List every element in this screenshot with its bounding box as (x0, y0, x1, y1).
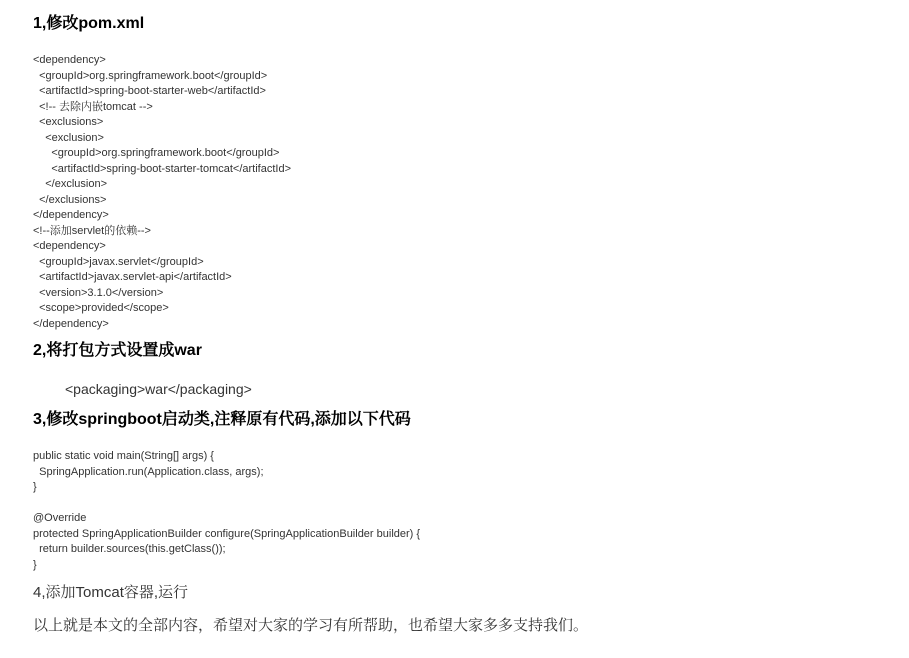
step-4-text: 4,添加Tomcat容器,运行 (33, 584, 869, 601)
packaging-code-line: <packaging>war</packaging> (65, 381, 869, 397)
article-body: 1,修改pom.xml <dependency> <groupId>org.sp… (0, 0, 909, 634)
closing-paragraph: 以上就是本文的全部内容，希望对大家的学习有所帮助，也希望大家多多支持我们。 (33, 617, 869, 634)
java-code-block: public static void main(String[] args) {… (33, 449, 869, 573)
section-3-heading: 3,修改springboot启动类,注释原有代码,添加以下代码 (33, 411, 869, 429)
pom-xml-code-block: <dependency> <groupId>org.springframewor… (33, 53, 869, 332)
section-2-heading: 2,将打包方式设置成war (33, 342, 869, 360)
section-1-heading: 1,修改pom.xml (33, 15, 869, 33)
